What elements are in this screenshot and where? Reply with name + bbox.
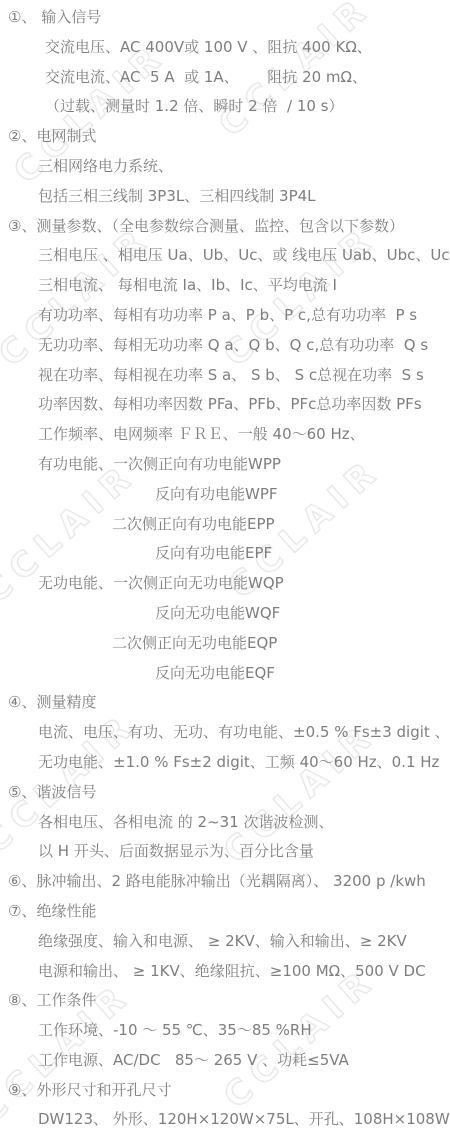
spec-line: 工作电源、AC/DC 85～ 265 V 、功耗≤5VA [0, 1046, 450, 1076]
spec-line: 反向有功电能WPF [0, 480, 450, 510]
section-7-header: ⑦、绝缘性能 [0, 897, 450, 927]
spec-line: 电流、电压、有功、无功、有功电能、±0.5 % Fs±3 digit 、 [0, 718, 450, 748]
spec-line: 三相电压 、相电压 Ua、Ub、Uc、或 线电压 Uab、Ubc、Uca [0, 241, 450, 271]
spec-line: 工作环境、-10 ～ 55 ℃、35～85 %RH [0, 1016, 450, 1046]
spec-line: 三相网络电力系统、 [0, 152, 450, 182]
spec-line: 二次侧正向无功电能EQP [0, 629, 450, 659]
spec-line: 包括三相三线制 3P3L、三相四线制 3P4L [0, 182, 450, 212]
spec-line: 无功电能、±1.0 % Fs±2 digit、工频 40～60 Hz、0.1 H… [0, 748, 450, 778]
spec-line: 交流电压、AC 400V或 100 V 、阻抗 400 KΩ、 [0, 33, 450, 63]
spec-line: 以 H 开头、后面数据显示为、百分比含量 [0, 837, 450, 867]
spec-line: 无功功率、每相无功功率 Q a、Q b、Q c,总有功功率 Q s [0, 331, 450, 361]
spec-line: 工作频率、电网频率 ＦＲＥ、一般 40～60 Hz、 [0, 420, 450, 450]
spec-line: 各相电压、各相电流 的 2~31 次谐波检测、 [0, 808, 450, 838]
spec-line: 电源和输出、 ≥ 1KV、绝缘阻抗、≥100 MΩ、500 V DC [0, 957, 450, 987]
section-5-header: ⑤、谐波信号 [0, 778, 450, 808]
section-6-header: ⑥、脉冲输出、2 路电能脉冲输出（光耦隔离）、 3200 p /kwh [0, 867, 450, 897]
spec-line: 反向无功电能WQF [0, 599, 450, 629]
spec-line: 反向有功电能EPF [0, 539, 450, 569]
spec-document-page: CCLAIR CCLAIR CCLAIR CCLAIR CCLAIR CCLAI… [0, 0, 450, 1133]
spec-line: 有功电能、一次侧正向有功电能WPP [0, 450, 450, 480]
spec-line: 二次侧正向有功电能EPP [0, 510, 450, 540]
spec-line: 有功功率、每相有功功率 P a、P b、P c,总有功功率 P s [0, 301, 450, 331]
spec-line: 反向无功电能EQF [0, 659, 450, 689]
spec-line: 交流电流、AC 5 A 或 1A、 阻抗 20 mΩ、 [0, 63, 450, 93]
section-8-header: ⑧、工作条件 [0, 986, 450, 1016]
spec-text-content: ①、 输入信号 交流电压、AC 400V或 100 V 、阻抗 400 KΩ、 … [0, 0, 450, 1133]
spec-line: DW123、 外形、120H×120W×75L、开孔、108H×108W [0, 1105, 450, 1133]
section-2-header: ②、电网制式 [0, 122, 450, 152]
section-3-header: ③、测量参数、（全电参数综合测量、监控、包含以下参数） [0, 212, 450, 242]
section-1-header: ①、 输入信号 [0, 3, 450, 33]
spec-line: （过载、测量时 1.2 倍、瞬时 2 倍 / 10 s） [0, 92, 450, 122]
spec-line: 绝缘强度、输入和电源、 ≥ 2KV、输入和输出、≥ 2KV [0, 927, 450, 957]
section-9-header: ⑨、外形尺寸和开孔尺寸 [0, 1076, 450, 1106]
spec-line: 功率因数、每相功率因数 PFa、PFb、PFc总功率因数 PFs [0, 390, 450, 420]
spec-line: 三相电流、 每相电流 Ⅰa、Ⅰb、Ⅰc、平均电流 Ⅰ [0, 271, 450, 301]
spec-line: 无功电能、一次侧正向无功电能WQP [0, 569, 450, 599]
section-4-header: ④、测量精度 [0, 688, 450, 718]
spec-line: 视在功率、每相视在功率 S a、 S b、 S c总视在功率 S s [0, 361, 450, 391]
